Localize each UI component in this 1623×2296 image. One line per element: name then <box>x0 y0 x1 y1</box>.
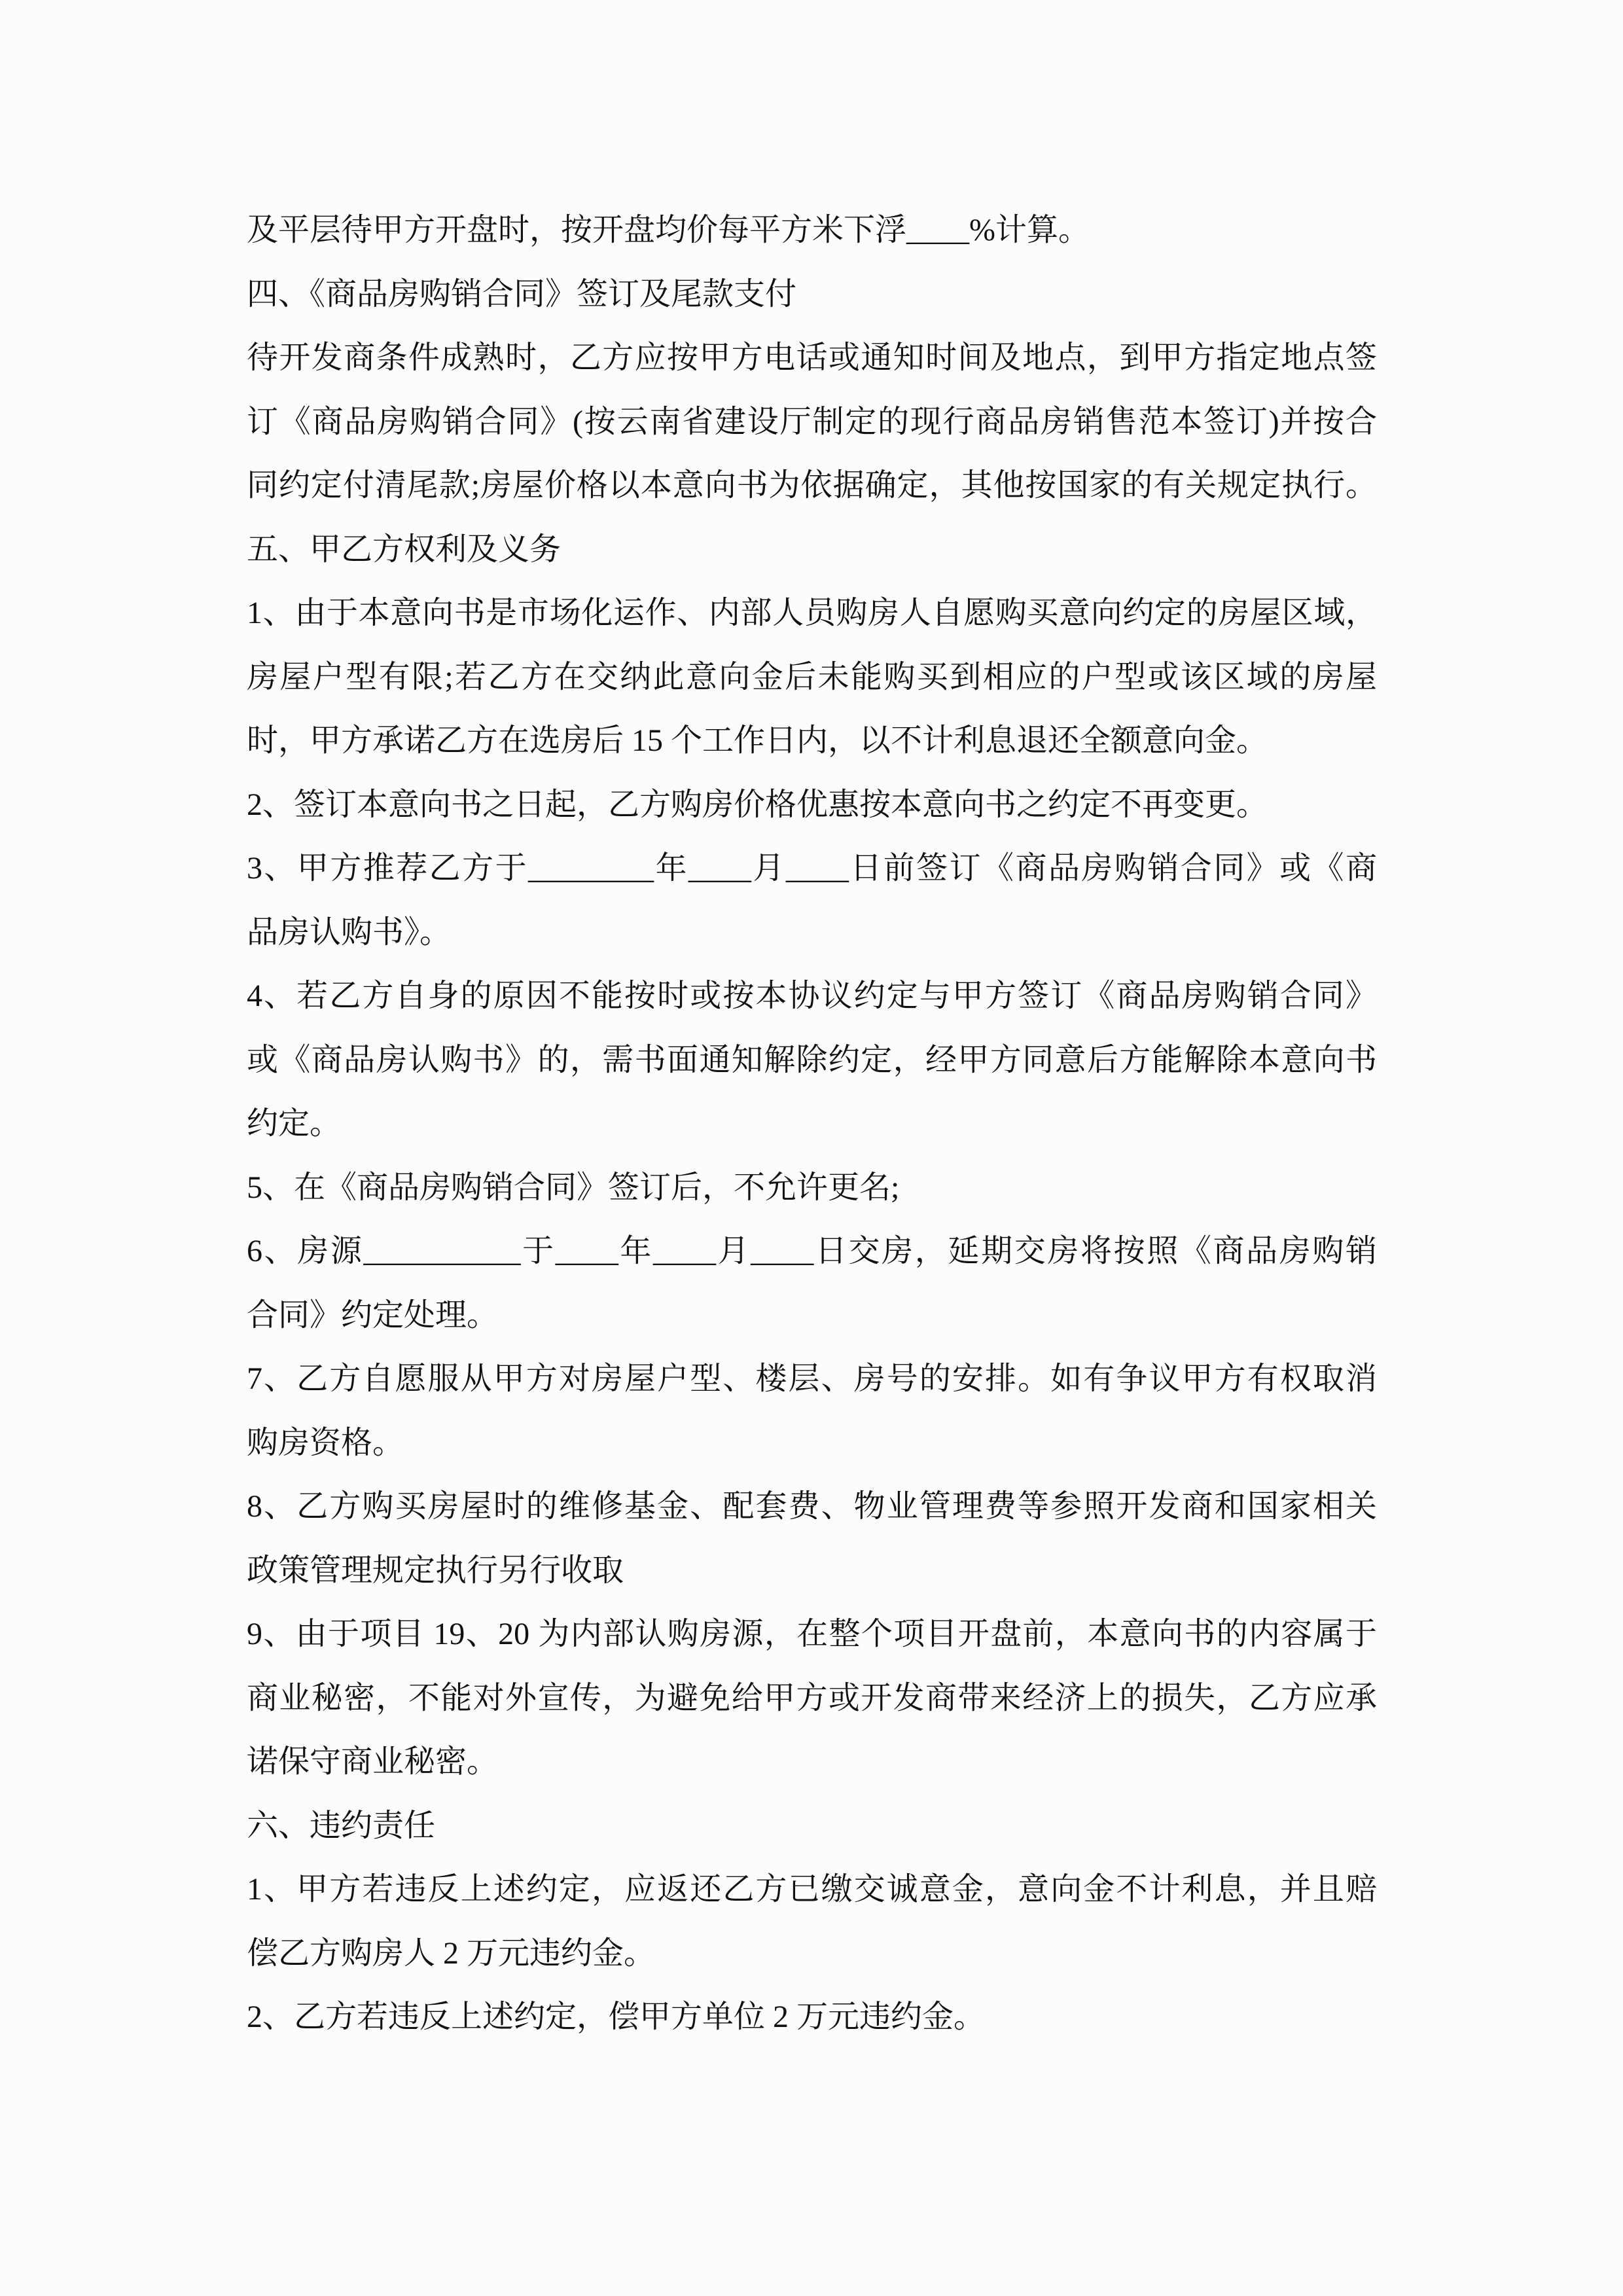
section-heading: 四、《商品房购销合同》签订及尾款支付 <box>247 275 1377 314</box>
text-line: 商业秘密，不能对外宣传，为避免给甲方或开发商带来经济上的损失，乙方应承 <box>247 1679 1377 1718</box>
text-line: 或《商品房认购书》的，需书面通知解除约定，经甲方同意后方能解除本意向书 <box>247 1041 1377 1080</box>
text-line: 诺保守商业秘密。 <box>247 1742 1377 1782</box>
text-line: 2、乙方若违反上述约定，偿甲方单位 2 万元违约金。 <box>247 1998 1377 2037</box>
text-line: 4、若乙方自身的原因不能按时或按本协议约定与甲方签订《商品房购销合同》 <box>247 977 1377 1016</box>
text-line: 订《商品房购销合同》(按云南省建设厅制定的现行商品房销售范本签订)并按合 <box>247 403 1377 442</box>
text-line: 3、甲方推荐乙方于________年____月____日前签订《商品房购销合同》… <box>247 849 1377 888</box>
text-line: 5、在《商品房购销合同》签订后，不允许更名; <box>247 1168 1377 1208</box>
text-line: 待开发商条件成熟时，乙方应按甲方电话或通知时间及地点，到甲方指定地点签 <box>247 338 1377 378</box>
text-line: 约定。 <box>247 1104 1377 1143</box>
text-line: 房屋户型有限;若乙方在交纳此意向金后未能购买到相应的户型或该区域的房屋 <box>247 658 1377 697</box>
text-line: 政策管理规定执行另行收取 <box>247 1551 1377 1590</box>
text-line: 购房资格。 <box>247 1424 1377 1463</box>
text-line: 9、由于项目 19、20 为内部认购房源，在整个项目开盘前，本意向书的内容属于 <box>247 1615 1377 1654</box>
text-line: 时，甲方承诺乙方在选房后 15 个工作日内，以不计利息退还全额意向金。 <box>247 721 1377 761</box>
text-line: 6、房源__________于____年____月____日交房，延期交房将按照… <box>247 1232 1377 1271</box>
text-line: 7、乙方自愿服从甲方对房屋户型、楼层、房号的安排。如有争议甲方有权取消 <box>247 1359 1377 1399</box>
text-line: 1、甲方若违反上述约定，应返还乙方已缴交诚意金，意向金不计利息，并且赔 <box>247 1870 1377 1909</box>
text-line: 2、签订本意向书之日起，乙方购房价格优惠按本意向书之约定不再变更。 <box>247 785 1377 825</box>
text-line: 及平层待甲方开盘时，按开盘均价每平方米下浮____%计算。 <box>247 211 1377 250</box>
text-line: 合同》约定处理。 <box>247 1296 1377 1335</box>
text-line: 8、乙方购买房屋时的维修基金、配套费、物业管理费等参照开发商和国家相关 <box>247 1487 1377 1526</box>
text-line: 偿乙方购房人 2 万元违约金。 <box>247 1934 1377 1973</box>
document-page: 及平层待甲方开盘时，按开盘均价每平方米下浮____%计算。 四、《商品房购销合同… <box>0 0 1623 2296</box>
section-heading: 六、违约责任 <box>247 1806 1377 1846</box>
section-heading: 五、甲乙方权利及义务 <box>247 530 1377 569</box>
text-line: 品房认购书》。 <box>247 913 1377 952</box>
text-line: 1、由于本意向书是市场化运作、内部人员购房人自愿购买意向约定的房屋区域， <box>247 594 1377 633</box>
text-line: 同约定付清尾款;房屋价格以本意向书为依据确定，其他按国家的有关规定执行。 <box>247 466 1377 505</box>
